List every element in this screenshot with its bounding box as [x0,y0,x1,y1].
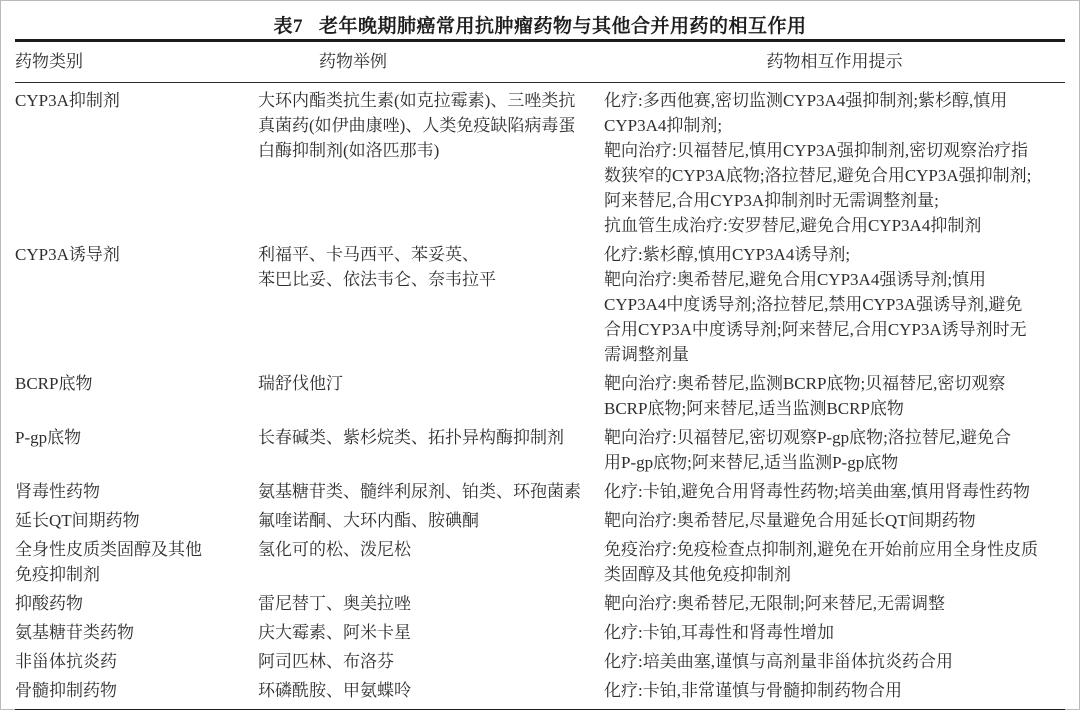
cell-examples: 阿司匹林、布洛芬 [258,649,604,674]
table-row: 氨基糖苷类药物庆大霉素、阿米卡星化疗:卡铂,耳毒性和肾毒性增加 [15,618,1065,647]
table-caption-title: 老年晚期肺癌常用抗肿瘤药物与其他合并用药的相互作用 [319,16,807,37]
cell-examples: 利福平、卡马西平、苯妥英、 苯巴比妥、依法韦仑、奈韦拉平 [258,242,604,367]
table-row: 肾毒性药物氨基糖苷类、髓绊利尿剂、铂类、环孢菌素化疗:卡铂,避免合用肾毒性药物;… [15,477,1065,506]
cell-category: 抑酸药物 [15,591,258,616]
table-row: 抑酸药物雷尼替丁、奥美拉唑靶向治疗:奥希替尼,无限制;阿来替尼,无需调整 [15,589,1065,618]
cell-examples: 庆大霉素、阿米卡星 [258,620,604,645]
table-body: CYP3A抑制剂大环内酯类抗生素(如克拉霉素)、三唑类抗 真菌药(如伊曲康唑)、… [15,83,1065,710]
cell-examples: 瑞舒伐他汀 [258,371,604,421]
column-header-drug-category: 药物类别 [15,49,258,74]
table-row: CYP3A抑制剂大环内酯类抗生素(如克拉霉素)、三唑类抗 真菌药(如伊曲康唑)、… [15,86,1065,240]
cell-examples: 大环内酯类抗生素(如克拉霉素)、三唑类抗 真菌药(如伊曲康唑)、人类免疫缺陷病毒… [258,88,604,238]
interaction-table: 药物类别 药物举例 药物相互作用提示 CYP3A抑制剂大环内酯类抗生素(如克拉霉… [15,39,1065,710]
page: 表7老年晚期肺癌常用抗肿瘤药物与其他合并用药的相互作用 药物类别 药物举例 药物… [0,0,1080,710]
cell-examples: 雷尼替丁、奥美拉唑 [258,591,604,616]
cell-category: 氨基糖苷类药物 [15,620,258,645]
cell-category: 延长QT间期药物 [15,508,258,533]
column-header-interaction-hint: 药物相互作用提示 [604,49,1065,74]
cell-category: 全身性皮质类固醇及其他 免疫抑制剂 [15,537,258,587]
table-row: 延长QT间期药物氟喹诺酮、大环内酯、胺碘酮靶向治疗:奥希替尼,尽量避免合用延长Q… [15,506,1065,535]
table-row: BCRP底物瑞舒伐他汀靶向治疗:奥希替尼,监测BCRP底物;贝福替尼,密切观察 … [15,369,1065,423]
column-header-drug-examples: 药物举例 [258,49,448,74]
cell-examples: 氢化可的松、泼尼松 [258,537,604,587]
cell-interaction: 免疫治疗:免疫检查点抑制剂,避免在开始前应用全身性皮质 类固醇及其他免疫抑制剂 [604,537,1065,587]
column-header-drug-examples-cell: 药物举例 [258,49,604,74]
table-caption: 表7老年晚期肺癌常用抗肿瘤药物与其他合并用药的相互作用 [1,1,1079,39]
table-row: P-gp底物长春碱类、紫杉烷类、拓扑异构酶抑制剂靶向治疗:贝福替尼,密切观察P-… [15,423,1065,477]
cell-interaction: 靶向治疗:奥希替尼,尽量避免合用延长QT间期药物 [604,508,1065,533]
table-header-row: 药物类别 药物举例 药物相互作用提示 [15,39,1065,83]
cell-category: P-gp底物 [15,425,258,475]
cell-category: 骨髓抑制药物 [15,678,258,703]
cell-category: CYP3A诱导剂 [15,242,258,367]
cell-interaction: 化疗:卡铂,耳毒性和肾毒性增加 [604,620,1065,645]
cell-interaction: 化疗:紫杉醇,慎用CYP3A4诱导剂; 靶向治疗:奥希替尼,避免合用CYP3A4… [604,242,1065,367]
cell-interaction: 化疗:培美曲塞,谨慎与高剂量非甾体抗炎药合用 [604,649,1065,674]
table-row: 全身性皮质类固醇及其他 免疫抑制剂氢化可的松、泼尼松免疫治疗:免疫检查点抑制剂,… [15,535,1065,589]
cell-interaction: 化疗:多西他赛,密切监测CYP3A4强抑制剂;紫杉醇,慎用 CYP3A4抑制剂;… [604,88,1065,238]
cell-interaction: 靶向治疗:奥希替尼,无限制;阿来替尼,无需调整 [604,591,1065,616]
cell-category: 肾毒性药物 [15,479,258,504]
table-row: CYP3A诱导剂利福平、卡马西平、苯妥英、 苯巴比妥、依法韦仑、奈韦拉平化疗:紫… [15,240,1065,369]
table-row: 骨髓抑制药物环磷酰胺、甲氨蝶呤化疗:卡铂,非常谨慎与骨髓抑制药物合用 [15,676,1065,705]
cell-examples: 氨基糖苷类、髓绊利尿剂、铂类、环孢菌素 [258,479,604,504]
cell-category: 非甾体抗炎药 [15,649,258,674]
table-row: 非甾体抗炎药阿司匹林、布洛芬化疗:培美曲塞,谨慎与高剂量非甾体抗炎药合用 [15,647,1065,676]
cell-interaction: 化疗:卡铂,非常谨慎与骨髓抑制药物合用 [604,678,1065,703]
cell-examples: 环磷酰胺、甲氨蝶呤 [258,678,604,703]
table-caption-number: 表7 [273,16,303,37]
cell-interaction: 靶向治疗:贝福替尼,密切观察P-gp底物;洛拉替尼,避免合 用P-gp底物;阿来… [604,425,1065,475]
cell-examples: 长春碱类、紫杉烷类、拓扑异构酶抑制剂 [258,425,604,475]
cell-examples: 氟喹诺酮、大环内酯、胺碘酮 [258,508,604,533]
cell-interaction: 化疗:卡铂,避免合用肾毒性药物;培美曲塞,慎用肾毒性药物 [604,479,1065,504]
cell-interaction: 靶向治疗:奥希替尼,监测BCRP底物;贝福替尼,密切观察 BCRP底物;阿来替尼… [604,371,1065,421]
cell-category: BCRP底物 [15,371,258,421]
cell-category: CYP3A抑制剂 [15,88,258,238]
